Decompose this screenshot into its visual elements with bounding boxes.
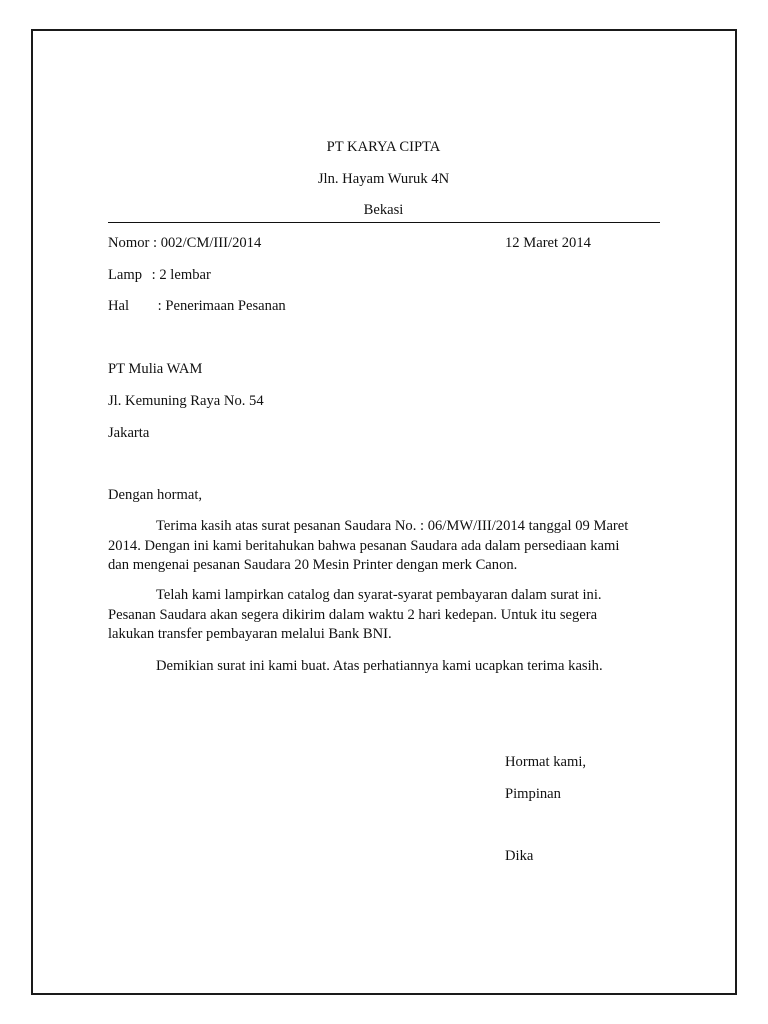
paragraph-1-line-3: dan mengenai pesanan Saudara 20 Mesin Pr… xyxy=(108,556,668,576)
closing-salutation: Hormat kami, xyxy=(505,755,586,770)
paragraph-2-line-1: Telah kami lampirkan catalog dan syarat-… xyxy=(108,586,668,606)
nomor-value: : 002/CM/III/2014 xyxy=(153,235,261,251)
recipient-address: Jl. Kemuning Raya No. 54 xyxy=(108,394,264,409)
greeting: Dengan hormat, xyxy=(108,488,202,503)
lamp-value: : 2 lembar xyxy=(152,267,211,283)
recipient-name: PT Mulia WAM xyxy=(108,362,202,377)
company-address: Jln. Hayam Wuruk 4N xyxy=(108,172,659,187)
paragraph-1-line-1: Terima kasih atas surat pesanan Saudara … xyxy=(108,517,668,537)
body-paragraph-3: Demikian surat ini kami buat. Atas perha… xyxy=(108,657,668,677)
closing-position: Pimpinan xyxy=(505,787,561,802)
paragraph-3-line-1: Demikian surat ini kami buat. Atas perha… xyxy=(108,657,668,677)
paragraph-2-line-3: lakukan transfer pembayaran melalui Bank… xyxy=(108,625,668,645)
hal-label: Hal xyxy=(108,299,154,314)
paragraph-1-line-2: 2014. Dengan ini kami beritahukan bahwa … xyxy=(108,537,668,557)
paragraph-2-line-2: Pesanan Saudara akan segera dikirim dala… xyxy=(108,606,668,626)
body-paragraph-1: Terima kasih atas surat pesanan Saudara … xyxy=(108,517,668,576)
letter-date: 12 Maret 2014 xyxy=(505,236,591,251)
nomor-label: Nomor xyxy=(108,235,149,251)
lamp-label: Lamp xyxy=(108,268,148,283)
company-name: PT KARYA CIPTA xyxy=(108,140,659,155)
nomor-row: Nomor : 002/CM/III/2014 xyxy=(108,236,261,251)
letterhead-divider xyxy=(108,222,660,223)
company-city: Bekasi xyxy=(108,203,659,218)
lamp-row: Lamp : 2 lembar xyxy=(108,268,211,283)
signatory-name: Dika xyxy=(505,849,533,864)
hal-row: Hal : Penerimaan Pesanan xyxy=(108,299,286,314)
recipient-city: Jakarta xyxy=(108,426,149,441)
hal-value: : Penerimaan Pesanan xyxy=(158,298,286,314)
body-paragraph-2: Telah kami lampirkan catalog dan syarat-… xyxy=(108,586,668,645)
